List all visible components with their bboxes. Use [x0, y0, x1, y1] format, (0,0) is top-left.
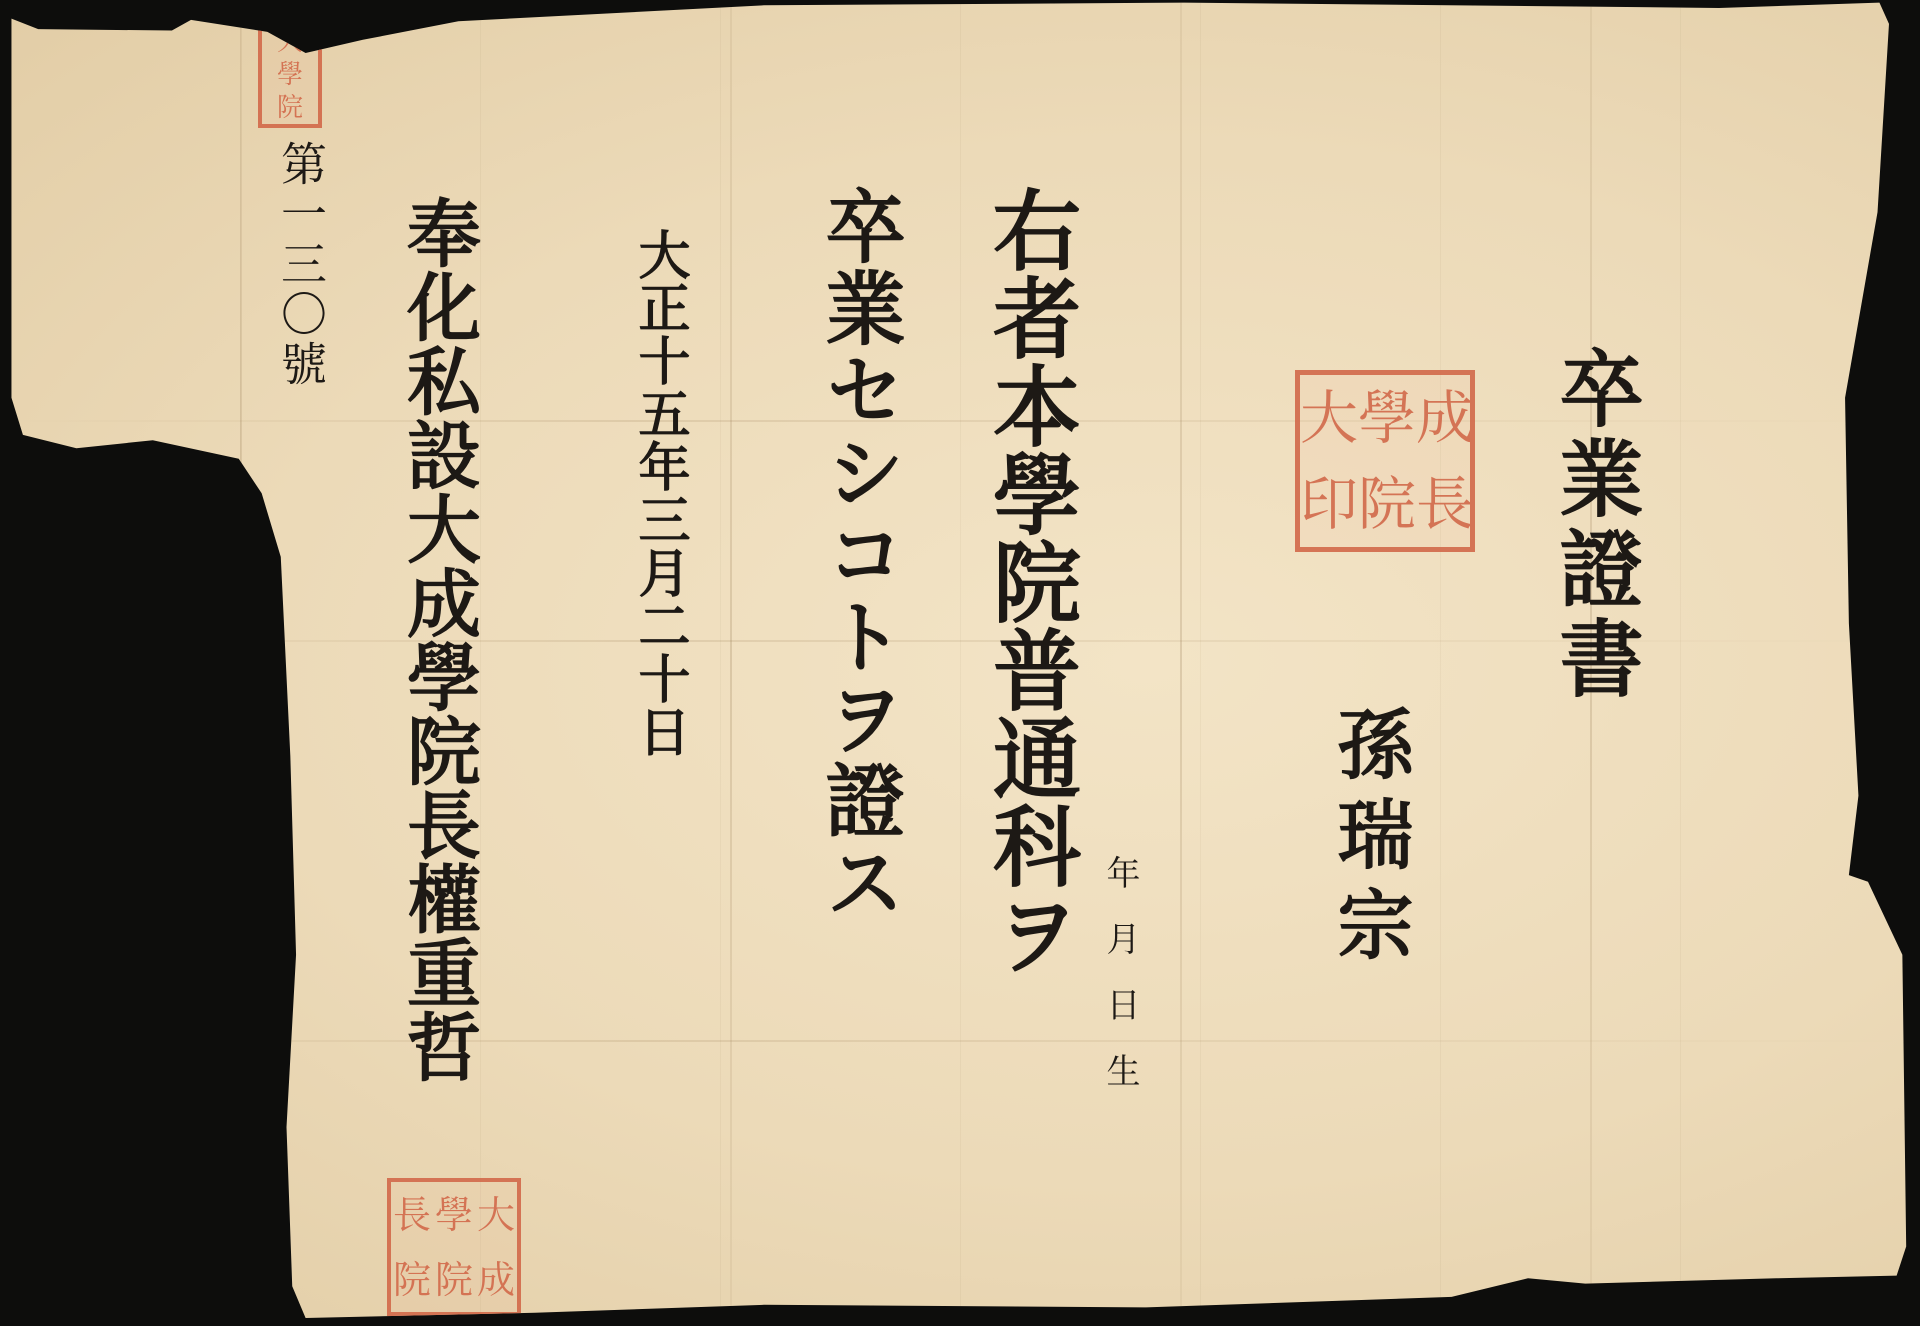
seal-char: 院	[262, 91, 318, 124]
corner-seal-stamp: 大 學 院	[258, 22, 322, 128]
seal-char: 長	[391, 1182, 433, 1247]
seal-char: 大	[1300, 375, 1358, 461]
seal-char: 大	[262, 26, 318, 59]
issuer-signature: 奉化私設大成學院長權重哲	[385, 195, 491, 1083]
fold-line	[1180, 0, 1182, 1326]
serial-number: 第一三〇號	[268, 140, 334, 390]
seal-char: 學	[433, 1182, 475, 1247]
seal-char: 大	[475, 1182, 517, 1247]
certificate-paper: 卒業證書 孫瑞宗 年月日生 右者本學院普通科ヲ 卒業セシコトヲ證ス 大正十五年三…	[0, 0, 1910, 1326]
seal-char: 成	[475, 1247, 517, 1312]
fold-line	[730, 0, 732, 1326]
seal-char: 成	[1416, 375, 1474, 461]
birth-date-line: 年月日生	[1096, 855, 1145, 1119]
body-text-line-1: 右者本學院普通科ヲ	[968, 185, 1094, 977]
issue-date: 大正十五年三月二十日	[622, 228, 697, 758]
crease-line	[0, 1040, 1910, 1042]
seal-char: 印	[1300, 461, 1358, 547]
principal-seal-stamp: 長 學 大 院 院 成	[387, 1178, 521, 1316]
school-seal-stamp: 大 學 成 印 院 長	[1295, 370, 1475, 552]
seal-char: 院	[391, 1247, 433, 1312]
recipient-name: 孫瑞宗	[1315, 705, 1424, 975]
seal-char: 學	[1358, 375, 1416, 461]
body-text-line-2: 卒業セシコトヲ證ス	[802, 185, 917, 923]
fold-line	[240, 0, 242, 1326]
seal-char: 院	[1358, 461, 1416, 547]
seal-char: 長	[1416, 461, 1474, 547]
seal-char: 學	[262, 59, 318, 92]
certificate-title: 卒業證書	[1535, 345, 1656, 705]
seal-char: 院	[433, 1247, 475, 1312]
